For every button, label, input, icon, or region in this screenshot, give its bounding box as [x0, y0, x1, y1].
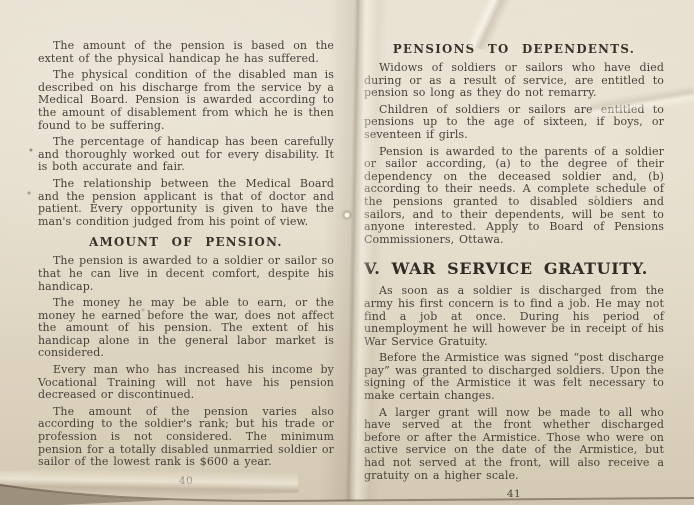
section-heading-pensions-to-dependents: PENSIONS TO DEPENDENTS.	[364, 42, 664, 56]
paragraph: The pension is awarded to a soldier or s…	[38, 255, 334, 293]
page-number-left: 40	[38, 475, 334, 487]
paragraph: Widows of soldiers or sailors who have d…	[364, 62, 664, 100]
book-scan: The amount of the pension is based on th…	[0, 0, 694, 505]
paragraph: A larger grant will now be made to all w…	[364, 407, 664, 483]
chapter-heading-war-service-gratuity: V. WAR SERVICE GRATUITY.	[364, 259, 664, 278]
paragraph: Every man who has increased his income b…	[38, 364, 334, 402]
paragraph: Pension is awarded to the parents of a s…	[364, 146, 664, 247]
paragraph: The percentage of handicap has been care…	[38, 136, 334, 174]
paragraph: The amount of the pension is based on th…	[38, 40, 334, 65]
paragraph: Children of soldiers or sailors are enti…	[364, 104, 664, 142]
paragraph: The amount of the pension varies also ac…	[38, 406, 334, 469]
paragraph: As soon as a soldier is discharged from …	[364, 285, 664, 348]
page-right: PENSIONS TO DEPENDENTS. Widows of soldie…	[364, 42, 664, 500]
paragraph: The money he may be able to earn, or the…	[38, 297, 334, 360]
paragraph: The relationship between the Medical Boa…	[38, 178, 334, 228]
paragraph: The physical condition of the disabled m…	[38, 69, 334, 132]
page-left: The amount of the pension is based on th…	[38, 40, 334, 487]
section-heading-amount-of-pension: AMOUNT OF PENSION.	[38, 235, 334, 249]
paragraph: Before the Armistice was signed “post di…	[364, 352, 664, 402]
page-number-right: 41	[364, 488, 664, 500]
